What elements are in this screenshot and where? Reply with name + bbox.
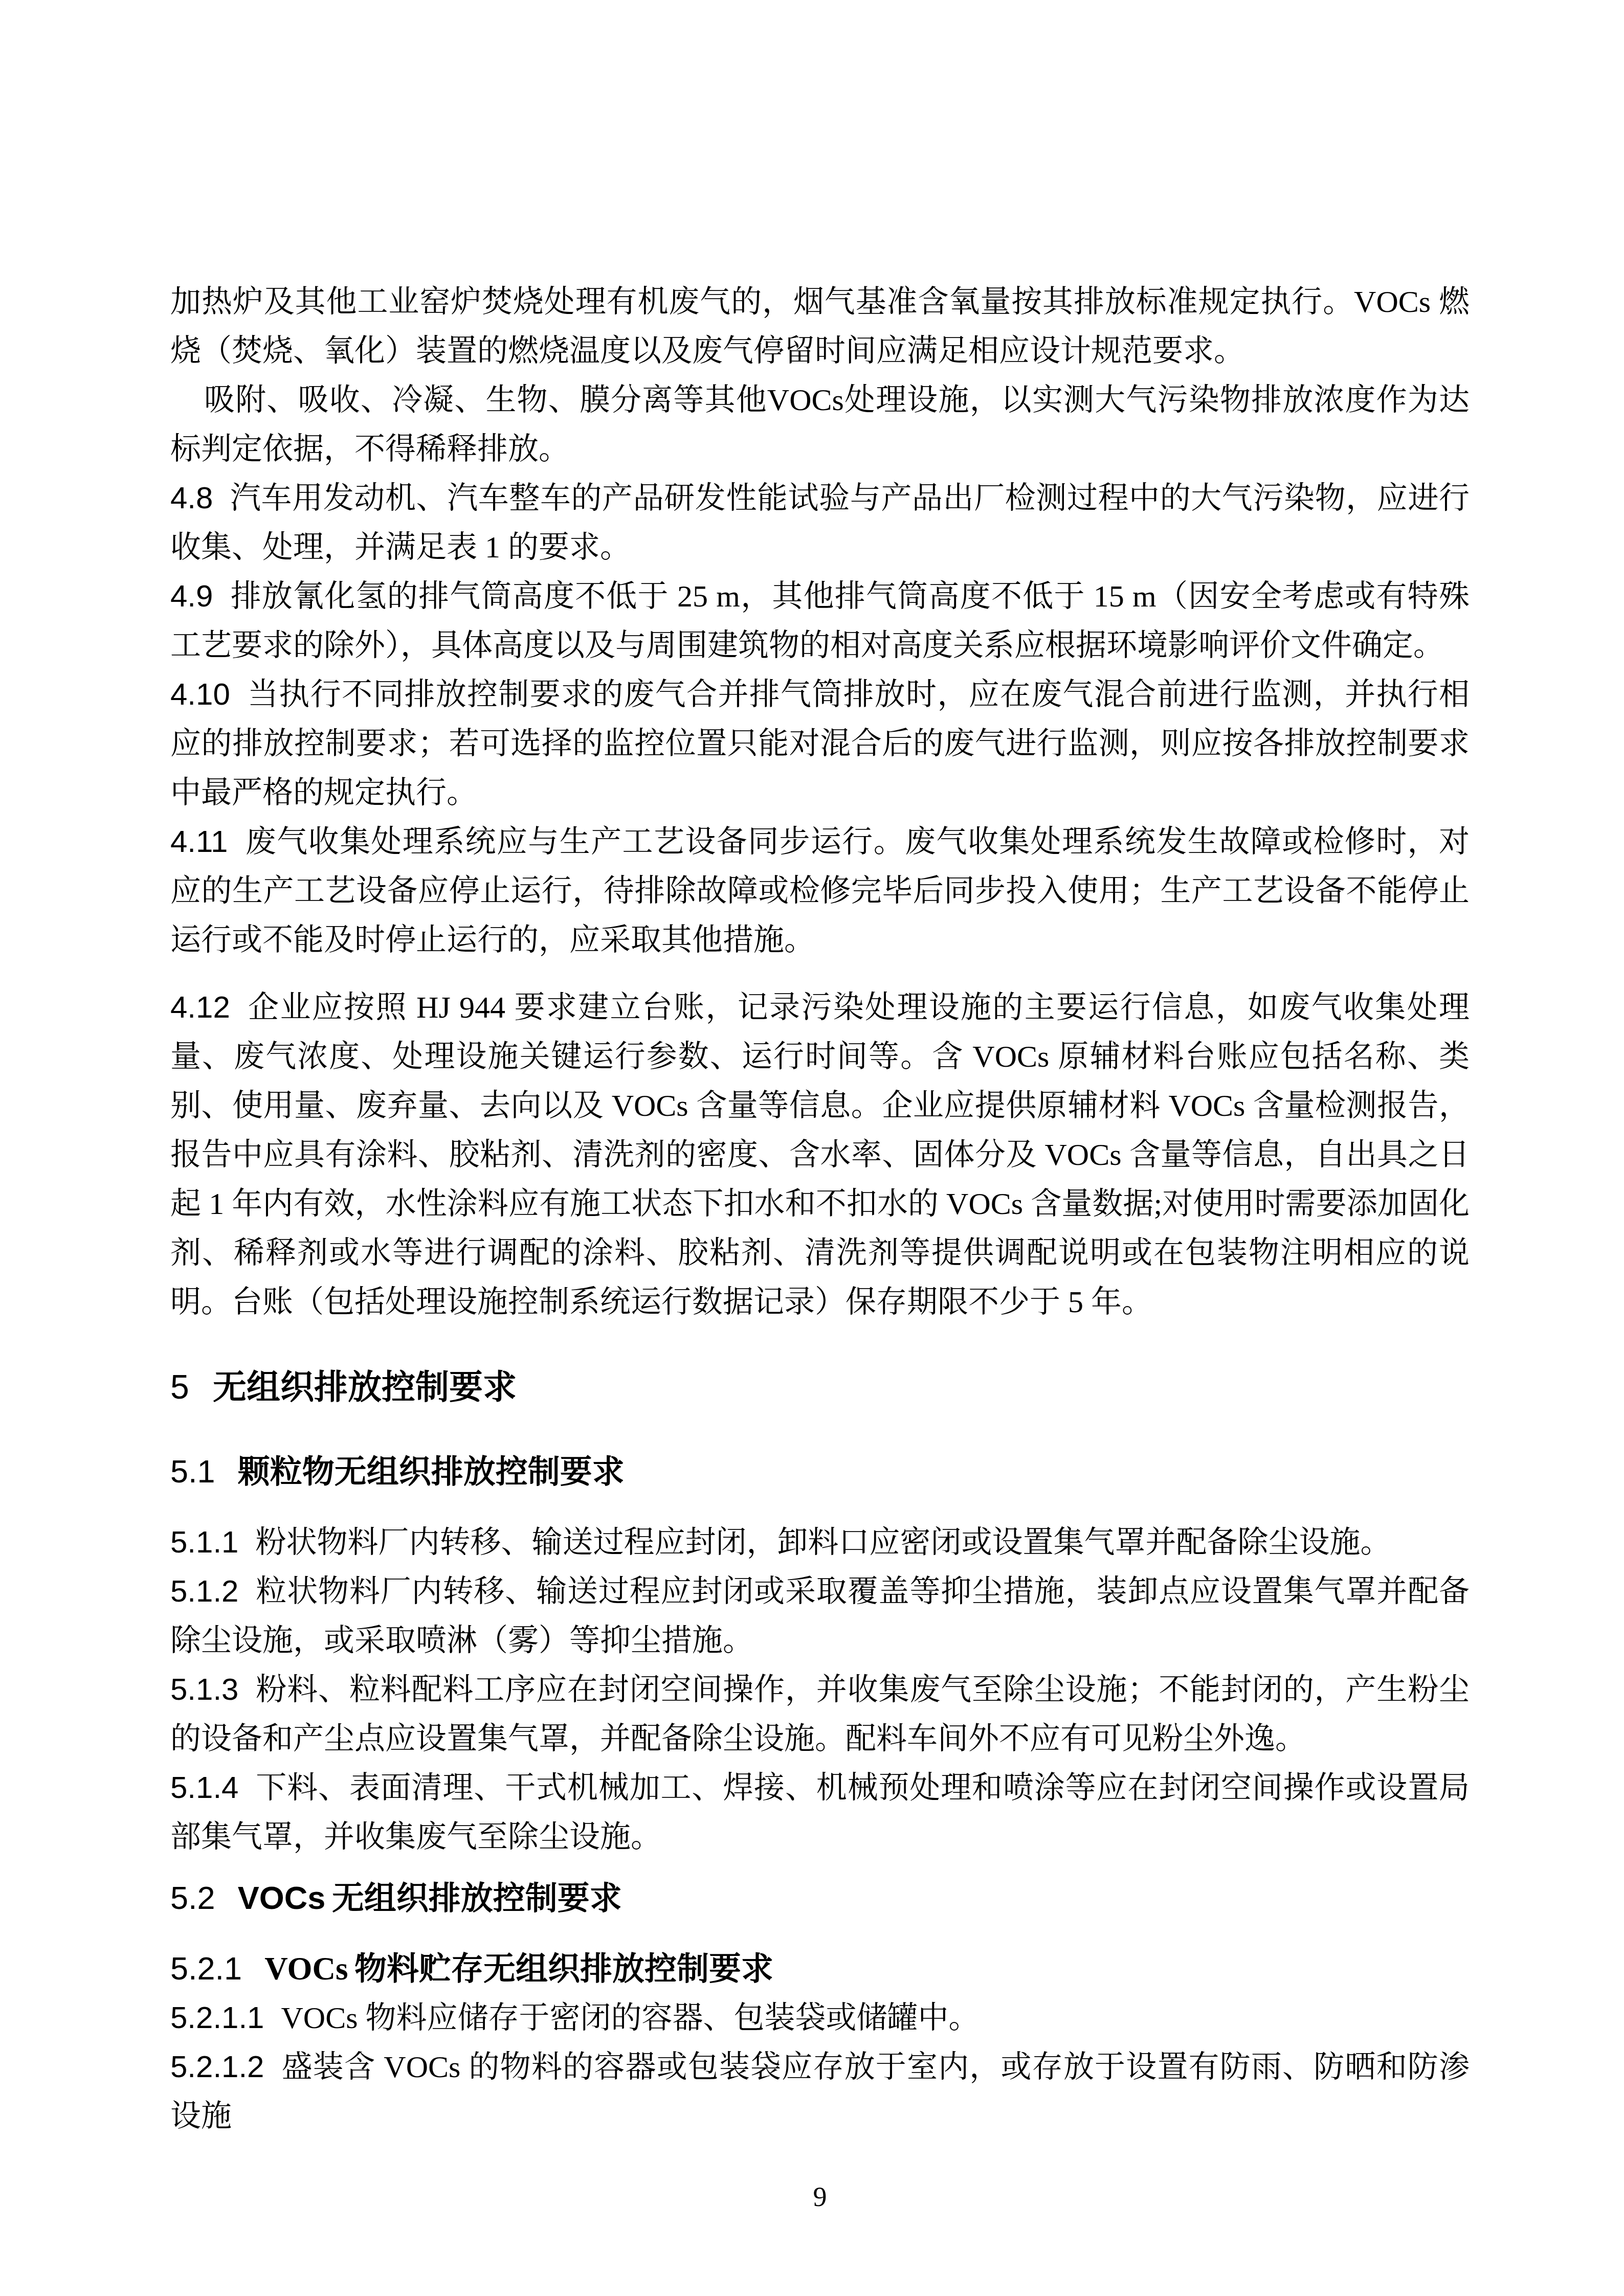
section-title: 无组织排放控制要求	[332, 1880, 622, 1916]
section-heading-5: 5无组织排放控制要求	[170, 1362, 1470, 1411]
clause-text: 粒状物料厂内转移、输送过程应封闭或采取覆盖等抑尘措施，装卸点应设置集气罩并配备除…	[170, 1574, 1470, 1657]
clause-text: VOCs 物料应储存于密闭的容器、包装袋或储罐中。	[281, 2001, 980, 2035]
clause-number: 5.1.1	[170, 1525, 238, 1559]
section-number: 5.2	[170, 1880, 215, 1916]
clause-text: 粉料、粒料配料工序应在封闭空间操作，并收集废气至除尘设施；不能封闭的，产生粉尘的…	[170, 1673, 1470, 1755]
paragraph-text: 加热炉及其他工业窑炉焚烧处理有机废气的，烟气基准含氧量按其排放标准规定执行。VO…	[170, 285, 1470, 368]
clause-4-8: 4.8汽车用发动机、汽车整车的产品研发性能试验与产品出厂检测过程中的大气污染物，…	[170, 474, 1470, 572]
clause-number: 4.11	[170, 824, 228, 859]
clause-number: 4.10	[170, 677, 230, 711]
clause-4-10: 4.10当执行不同排放控制要求的废气合并排气筒排放时，应在废气混合前进行监测，并…	[170, 670, 1470, 817]
clause-4-12: 4.12企业应按照 HJ 944 要求建立台账，记录污染处理设施的主要运行信息，…	[170, 983, 1470, 1326]
clause-number: 5.2.1.1	[170, 2000, 264, 2035]
section-number: 5.2.1	[170, 1951, 242, 1987]
section-heading-5-1: 5.1颗粒物无组织排放控制要求	[170, 1447, 1470, 1496]
clause-5-1-3: 5.1.3粉料、粒料配料工序应在封闭空间操作，并收集废气至除尘设施；不能封闭的，…	[170, 1665, 1470, 1763]
clause-number: 5.1.3	[170, 1672, 238, 1706]
clause-text: 废气收集处理系统应与生产工艺设备同步运行。废气收集处理系统发生故障或检修时，对应…	[170, 825, 1470, 957]
section-title: 颗粒物无组织排放控制要求	[238, 1454, 625, 1490]
clause-number: 5.1.2	[170, 1574, 238, 1608]
document-page: 加热炉及其他工业窑炉焚烧处理有机废气的，烟气基准含氧量按其排放标准规定执行。VO…	[0, 0, 1624, 2296]
section-title: 无组织排放控制要求	[213, 1368, 517, 1406]
clause-number: 5.2.1.2	[170, 2050, 264, 2084]
clause-text: 汽车用发动机、汽车整车的产品研发性能试验与产品出厂检测过程中的大气污染物，应进行…	[170, 481, 1470, 564]
clause-text: 粉状物料厂内转移、输送过程应封闭，卸料口应密闭或设置集气罩并配备除尘设施。	[255, 1525, 1391, 1559]
clause-5-1-2: 5.1.2粒状物料厂内转移、输送过程应封闭或采取覆盖等抑尘措施，装卸点应设置集气…	[170, 1567, 1470, 1665]
clause-4-9: 4.9排放氰化氢的排气筒高度不低于 25 m，其他排气筒高度不低于 15 m（因…	[170, 572, 1470, 670]
clause-number: 4.8	[170, 481, 213, 515]
section-heading-5-2-1: 5.2.1VOCs 物料贮存无组织排放控制要求	[170, 1944, 1470, 1993]
clause-text: 当执行不同排放控制要求的废气合并排气筒排放时，应在废气混合前进行监测，并执行相应…	[170, 678, 1470, 809]
clause-5-1-1: 5.1.1粉状物料厂内转移、输送过程应封闭，卸料口应密闭或设置集气罩并配备除尘设…	[170, 1518, 1470, 1567]
section-title-latin: VOCs	[238, 1880, 326, 1916]
clause-number: 5.1.4	[170, 1770, 238, 1805]
clause-text: 排放氰化氢的排气筒高度不低于 25 m，其他排气筒高度不低于 15 m（因安全考…	[170, 579, 1470, 662]
document-content: 加热炉及其他工业窑炉焚烧处理有机废气的，烟气基准含氧量按其排放标准规定执行。VO…	[170, 277, 1470, 2221]
paragraph-continuation: 加热炉及其他工业窑炉焚烧处理有机废气的，烟气基准含氧量按其排放标准规定执行。VO…	[170, 277, 1470, 375]
section-number: 5	[170, 1368, 189, 1406]
clause-5-2-1-1: 5.2.1.1VOCs 物料应储存于密闭的容器、包装袋或储罐中。	[170, 1993, 1470, 2042]
paragraph-other-treatment: 吸附、吸收、冷凝、生物、膜分离等其他VOCs处理设施，以实测大气污染物排放浓度作…	[170, 375, 1470, 474]
clause-5-1-4: 5.1.4下料、表面清理、干式机械加工、焊接、机械预处理和喷涂等应在封闭空间操作…	[170, 1763, 1470, 1861]
clause-number: 4.12	[170, 990, 230, 1024]
page-number: 9	[170, 2172, 1470, 2221]
clause-4-11: 4.11废气收集处理系统应与生产工艺设备同步运行。废气收集处理系统发生故障或检修…	[170, 817, 1470, 964]
clause-5-2-1-2: 5.2.1.2盛装含 VOCs 的物料的容器或包装袋应存放于室内，或存放于设置有…	[170, 2042, 1470, 2141]
paragraph-text: 吸附、吸收、冷凝、生物、膜分离等其他VOCs处理设施，以实测大气污染物排放浓度作…	[170, 383, 1470, 466]
clause-text: 企业应按照 HJ 944 要求建立台账，记录污染处理设施的主要运行信息，如废气收…	[170, 991, 1470, 1319]
section-heading-5-2: 5.2VOCs 无组织排放控制要求	[170, 1874, 1470, 1923]
section-title-latin: VOCs	[264, 1951, 348, 1987]
clause-text: 盛装含 VOCs 的物料的容器或包装袋应存放于室内，或存放于设置有防雨、防晒和防…	[170, 2050, 1470, 2133]
section-number: 5.1	[170, 1454, 215, 1490]
clause-number: 4.9	[170, 579, 213, 613]
clause-text: 下料、表面清理、干式机械加工、焊接、机械预处理和喷涂等应在封闭空间操作或设置局部…	[170, 1771, 1470, 1854]
section-title: 物料贮存无组织排放控制要求	[354, 1951, 773, 1987]
